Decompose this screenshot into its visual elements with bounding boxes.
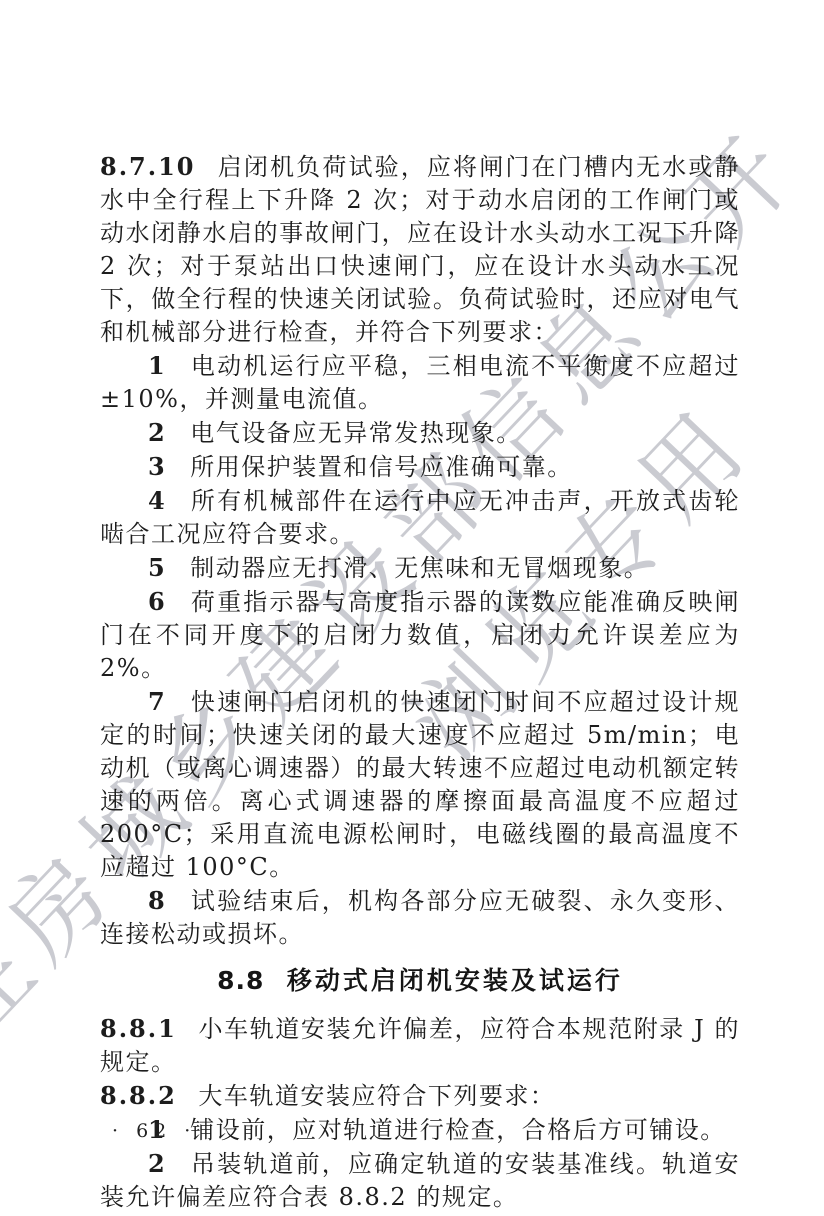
list-item: 2电气设备应无异常发热现象。 [100,416,740,450]
list-item: 8试验结束后，机构各部分应无破裂、永久变形、连接松动或损坏。 [100,884,740,951]
item-text: 制动器应无打滑、无焦味和无冒烟现象。 [190,554,649,582]
item-number: 6 [148,587,166,616]
item-text: 快速闸门启闭机的快速闭门时间不应超过设计规定的时间；快速关闭的最大速度不应超过 … [100,688,740,881]
item-number: 8 [148,886,166,915]
item-number: 7 [148,687,166,716]
clause-text: 启闭机负荷试验，应将闸门在门槽内无水或静水中全行程上下升降 2 次；对于动水启闭… [100,153,740,346]
list-item: 5制动器应无打滑、无焦味和无冒烟现象。 [100,551,740,585]
clause-number: 8.7.10 [100,152,196,181]
list-item: 6荷重指示器与高度指示器的读数应能准确反映闸门在不同开度下的启闭力数值，启闭力允… [100,585,740,685]
document-page: 住房城乡建设部信息公开 浏览专用 8.7.10启闭机负荷试验，应将闸门在门槽内无… [0,0,824,1216]
item-number: 4 [148,486,166,515]
item-text: 铺设前，应对轨道进行检查，合格后方可铺设。 [190,1116,726,1144]
clause-number: 8.8.1 [100,1014,177,1043]
item-number: 2 [148,418,166,447]
clause-8-8-2: 8.8.2大车轨道安装应符合下列要求： [100,1079,740,1113]
item-number: 2 [148,1149,166,1178]
item-text: 所有机械部件在运行中应无冲击声，开放式齿轮啮合工况应符合要求。 [100,487,740,548]
item-text: 电动机运行应平稳，三相电流不平衡度不应超过±10%，并测量电流值。 [100,352,740,413]
item-number: 1 [148,351,166,380]
section-title: 移动式启闭机安装及试运行 [287,966,623,995]
item-text: 试验结束后，机构各部分应无破裂、永久变形、连接松动或损坏。 [100,887,740,948]
section-heading-8-8: 8.8移动式启闭机安装及试运行 [100,964,740,997]
list-item: 1电动机运行应平稳，三相电流不平衡度不应超过±10%，并测量电流值。 [100,349,740,416]
item-text: 所用保护装置和信号应准确可靠。 [190,453,573,481]
item-text: 荷重指示器与高度指示器的读数应能准确反映闸门在不同开度下的启闭力数值，启闭力允许… [100,588,740,682]
item-number: 5 [148,553,166,582]
clause-text: 大车轨道安装应符合下列要求： [198,1082,555,1110]
item-text: 吊装轨道前，应确定轨道的安装基准线。轨道安装允许偏差应符合表 8.8.2 的规定… [100,1150,740,1211]
clause-8-8-1: 8.8.1小车轨道安装允许偏差，应符合本规范附录 J 的规定。 [100,1012,740,1079]
list-item: 7快速闸门启闭机的快速闭门时间不应超过设计规定的时间；快速关闭的最大速度不应超过… [100,685,740,884]
list-item: 3所用保护装置和信号应准确可靠。 [100,450,740,484]
page-number: · 62 · [112,1120,196,1142]
page-content: 8.7.10启闭机负荷试验，应将闸门在门槽内无水或静水中全行程上下升降 2 次；… [100,150,740,1214]
list-item: 4所有机械部件在运行中应无冲击声，开放式齿轮啮合工况应符合要求。 [100,484,740,551]
item-number: 3 [148,452,166,481]
clause-number: 8.8.2 [100,1081,177,1110]
clause-text: 小车轨道安装允许偏差，应符合本规范附录 J 的规定。 [100,1015,740,1076]
clause-8-7-10: 8.7.10启闭机负荷试验，应将闸门在门槽内无水或静水中全行程上下升降 2 次；… [100,150,740,349]
section-number: 8.8 [217,966,264,995]
list-item: 2吊装轨道前，应确定轨道的安装基准线。轨道安装允许偏差应符合表 8.8.2 的规… [100,1147,740,1214]
item-text: 电气设备应无异常发热现象。 [190,419,522,447]
